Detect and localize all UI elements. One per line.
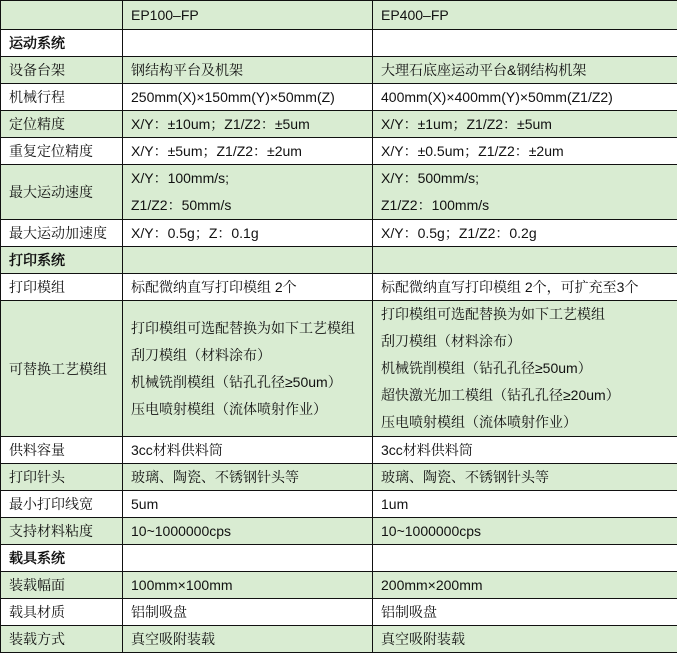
- ep100-value-cell: 250mm(X)×150mm(Y)×50mm(Z): [123, 84, 373, 111]
- spec-value-line: 机械铣削模组（钻孔孔径≥50um）: [131, 369, 364, 396]
- ep100-value-cell: X/Y：0.5g；Z：0.1g: [123, 220, 373, 247]
- table-row: 最大运动速度X/Y：100mm/s;Z1/Z2：50mm/sX/Y：500mm/…: [1, 165, 677, 220]
- ep400-value-cell: 铝制吸盘: [373, 599, 677, 626]
- ep400-value-cell: [373, 247, 677, 274]
- section-label-cell: 打印系统: [1, 247, 123, 274]
- ep400-value-cell: X/Y：0.5g；Z1/Z2：0.2g: [373, 220, 677, 247]
- row-label-cell: 重复定位精度: [1, 138, 123, 165]
- ep100-value-cell: 打印模组可选配替换为如下工艺模组刮刀模组（材料涂布）机械铣削模组（钻孔孔径≥50…: [123, 301, 373, 437]
- table-row: 定位精度X/Y：±10um；Z1/Z2：±5umX/Y：±1um；Z1/Z2：±…: [1, 111, 677, 138]
- row-label-cell: 可替换工艺模组: [1, 301, 123, 437]
- spec-value-line: X/Y：500mm/s;: [381, 165, 669, 192]
- ep400-value-cell: [373, 30, 677, 57]
- ep400-value-cell: 真空吸附装载: [373, 626, 677, 653]
- ep100-value-cell: 10~1000000cps: [123, 518, 373, 545]
- spec-value-line: 压电喷射模组（流体喷射作业）: [131, 396, 364, 423]
- ep400-value-cell: 10~1000000cps: [373, 518, 677, 545]
- ep100-value-cell: 5um: [123, 491, 373, 518]
- row-label-cell: 打印模组: [1, 274, 123, 301]
- spec-value-line: 打印模组可选配替换为如下工艺模组: [131, 315, 364, 342]
- ep100-value-cell: 100mm×100mm: [123, 572, 373, 599]
- ep100-value-cell: 玻璃、陶瓷、不锈钢针头等: [123, 464, 373, 491]
- ep100-value-cell: 铝制吸盘: [123, 599, 373, 626]
- spec-value-line: 打印模组可选配替换为如下工艺模组: [381, 301, 669, 328]
- row-label-cell: 设备台架: [1, 57, 123, 84]
- section-label-cell: 运动系统: [1, 30, 123, 57]
- ep100-value-cell: 标配微纳直写打印模组 2个: [123, 274, 373, 301]
- row-label-cell: 最小打印线宽: [1, 491, 123, 518]
- ep100-value-cell: [123, 30, 373, 57]
- section-row: 运动系统: [1, 30, 677, 57]
- ep100-value-cell: X/Y：±5um；Z1/Z2：±2um: [123, 138, 373, 165]
- section-label-cell: 载具系统: [1, 545, 123, 572]
- ep400-value-cell: 标配微纳直写打印模组 2个，可扩充至3个: [373, 274, 677, 301]
- ep100-value-cell: X/Y：100mm/s;Z1/Z2：50mm/s: [123, 165, 373, 220]
- row-label-cell: 机械行程: [1, 84, 123, 111]
- spec-table: EP100–FPEP400–FP 运动系统设备台架钢结构平台及机架大理石底座运动…: [0, 0, 677, 653]
- ep400-value-cell: 1um: [373, 491, 677, 518]
- row-label-cell: 装载幅面: [1, 572, 123, 599]
- table-row: 载具材质铝制吸盘铝制吸盘: [1, 599, 677, 626]
- table-row: 重复定位精度X/Y：±5um；Z1/Z2：±2umX/Y：±0.5um；Z1/Z…: [1, 138, 677, 165]
- ep100-value-cell: [123, 247, 373, 274]
- ep100-value-cell: [123, 545, 373, 572]
- row-label-cell: 装载方式: [1, 626, 123, 653]
- ep100-value-cell: X/Y：±10um；Z1/Z2：±5um: [123, 111, 373, 138]
- row-label-cell: 打印针头: [1, 464, 123, 491]
- table-row: 打印针头玻璃、陶瓷、不锈钢针头等玻璃、陶瓷、不锈钢针头等: [1, 464, 677, 491]
- table-row: 机械行程250mm(X)×150mm(Y)×50mm(Z)400mm(X)×40…: [1, 84, 677, 111]
- spec-value-line: 刮刀模组（材料涂布）: [381, 328, 669, 355]
- row-label-cell: 最大运动加速度: [1, 220, 123, 247]
- row-label-cell: 支持材料粘度: [1, 518, 123, 545]
- table-row: 打印模组标配微纳直写打印模组 2个标配微纳直写打印模组 2个，可扩充至3个: [1, 274, 677, 301]
- header-cell-blank: [1, 1, 123, 30]
- row-label-cell: 最大运动速度: [1, 165, 123, 220]
- row-label-cell: 载具材质: [1, 599, 123, 626]
- spec-value-line: 机械铣削模组（钻孔孔径≥50um）: [381, 355, 669, 382]
- table-row: 可替换工艺模组打印模组可选配替换为如下工艺模组刮刀模组（材料涂布）机械铣削模组（…: [1, 301, 677, 437]
- table-row: 最大运动加速度X/Y：0.5g；Z：0.1gX/Y：0.5g；Z1/Z2：0.2…: [1, 220, 677, 247]
- spec-value-line: Z1/Z2：50mm/s: [131, 192, 364, 219]
- header-cell-ep100: EP100–FP: [123, 1, 373, 30]
- ep400-value-cell: 玻璃、陶瓷、不锈钢针头等: [373, 464, 677, 491]
- spec-value-line: 刮刀模组（材料涂布）: [131, 342, 364, 369]
- section-row: 载具系统: [1, 545, 677, 572]
- table-body: 运动系统设备台架钢结构平台及机架大理石底座运动平台&钢结构机架机械行程250mm…: [1, 30, 677, 653]
- spec-value-line: 压电喷射模组（流体喷射作业）: [381, 409, 669, 436]
- spec-value-line: 超快激光加工模组（钻孔孔径≥20um）: [381, 382, 669, 409]
- ep400-value-cell: X/Y：500mm/s;Z1/Z2：100mm/s: [373, 165, 677, 220]
- ep400-value-cell: 200mm×200mm: [373, 572, 677, 599]
- ep400-value-cell: X/Y：±1um；Z1/Z2：±5um: [373, 111, 677, 138]
- ep100-value-cell: 3cc材料供料筒: [123, 437, 373, 464]
- ep400-value-cell: [373, 545, 677, 572]
- table-row: 设备台架钢结构平台及机架大理石底座运动平台&钢结构机架: [1, 57, 677, 84]
- table-header: EP100–FPEP400–FP: [1, 1, 677, 30]
- ep400-value-cell: 3cc材料供料筒: [373, 437, 677, 464]
- ep100-value-cell: 钢结构平台及机架: [123, 57, 373, 84]
- ep100-value-cell: 真空吸附装载: [123, 626, 373, 653]
- ep400-value-cell: 大理石底座运动平台&钢结构机架: [373, 57, 677, 84]
- ep400-value-cell: X/Y：±0.5um；Z1/Z2：±2um: [373, 138, 677, 165]
- table-row: 供料容量3cc材料供料筒3cc材料供料筒: [1, 437, 677, 464]
- table-row: 最小打印线宽5um1um: [1, 491, 677, 518]
- ep400-value-cell: 打印模组可选配替换为如下工艺模组刮刀模组（材料涂布）机械铣削模组（钻孔孔径≥50…: [373, 301, 677, 437]
- ep400-value-cell: 400mm(X)×400mm(Y)×50mm(Z1/Z2): [373, 84, 677, 111]
- table-row: 支持材料粘度10~1000000cps10~1000000cps: [1, 518, 677, 545]
- table-row: 装载方式真空吸附装载真空吸附装载: [1, 626, 677, 653]
- spec-value-line: X/Y：100mm/s;: [131, 165, 364, 192]
- section-row: 打印系统: [1, 247, 677, 274]
- row-label-cell: 定位精度: [1, 111, 123, 138]
- header-cell-ep400: EP400–FP: [373, 1, 677, 30]
- spec-value-line: Z1/Z2：100mm/s: [381, 192, 669, 219]
- table-row: 装载幅面100mm×100mm200mm×200mm: [1, 572, 677, 599]
- row-label-cell: 供料容量: [1, 437, 123, 464]
- table-header-row: EP100–FPEP400–FP: [1, 1, 677, 30]
